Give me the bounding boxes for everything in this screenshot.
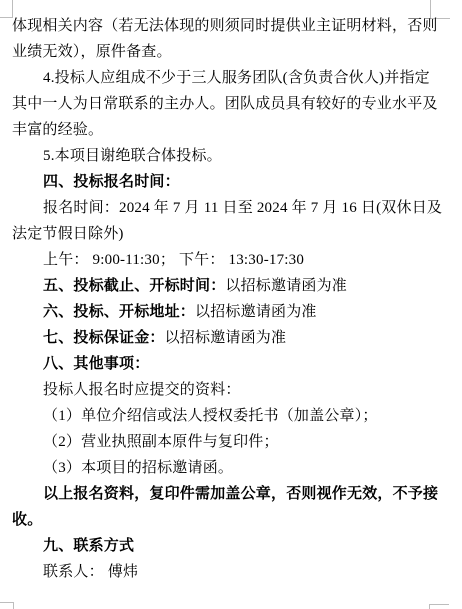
doc-line-item-4-team-end: 丰富的经验。 bbox=[12, 117, 430, 143]
doc-line-item-4-team-continued: 其中一人为日常联系的主办人。团队成员具有较好的专业水平及 bbox=[12, 91, 430, 117]
doc-line-qualification-continued: 体现相关内容（若无法体现的则须同时提供业主证明材料，否则 bbox=[12, 13, 430, 39]
section-heading-5-deadline-opening-time: 五、投标截止、开标时间： bbox=[43, 278, 225, 294]
doc-line-material-3: （3）本项目的招标邀请函。 bbox=[12, 455, 430, 481]
doc-line-material-2: （2）营业执照副本原件与复印件； bbox=[12, 429, 430, 455]
doc-line-registration-dates: 报名时间：2024 年 7 月 11 日至 2024 年 7 月 16 日(双休… bbox=[12, 195, 430, 221]
document-body: 体现相关内容（若无法体现的则须同时提供业主证明材料，否则 业绩无效），原件备查。… bbox=[12, 13, 430, 585]
section-heading-9-contact-info: 九、联系方式 bbox=[12, 533, 430, 559]
doc-line-materials-intro: 投标人报名时应提交的资料： bbox=[12, 377, 430, 403]
doc-line-registration-dates-note: 法定节假日除外) bbox=[12, 221, 430, 247]
heading-7-value: 以招标邀请函为准 bbox=[165, 330, 287, 346]
doc-line-stamp-notice-end: 收。 bbox=[12, 507, 430, 533]
margin-mark-bottom-right bbox=[429, 604, 449, 609]
doc-line-section-7: 七、投标保证金：以招标邀请函为准 bbox=[12, 325, 430, 351]
doc-line-registration-hours: 上午： 9:00-11:30； 下午： 13:30-17:30 bbox=[12, 247, 430, 273]
section-heading-4-registration-time: 四、投标报名时间： bbox=[12, 169, 430, 195]
doc-line-item-5-no-consortium: 5.本项目谢绝联合体投标。 bbox=[12, 143, 430, 169]
doc-line-section-6: 六、投标、开标地址：以招标邀请函为准 bbox=[12, 299, 430, 325]
section-heading-6-bid-opening-address: 六、投标、开标地址： bbox=[43, 304, 195, 320]
margin-mark-top-right bbox=[430, 0, 450, 19]
heading-5-value: 以招标邀请函为准 bbox=[225, 278, 347, 294]
doc-line-contact-person: 联系人： 傅炜 bbox=[12, 559, 430, 585]
section-heading-7-bid-bond: 七、投标保证金： bbox=[43, 330, 165, 346]
heading-6-value: 以招标邀请函为准 bbox=[195, 304, 317, 320]
doc-line-section-5: 五、投标截止、开标时间：以招标邀请函为准 bbox=[12, 273, 430, 299]
document-page: 体现相关内容（若无法体现的则须同时提供业主证明材料，否则 业绩无效），原件备查。… bbox=[0, 0, 462, 609]
doc-line-qualification-end: 业绩无效），原件备查。 bbox=[12, 39, 430, 65]
section-heading-8-other-matters: 八、其他事项： bbox=[12, 351, 430, 377]
doc-line-stamp-notice: 以上报名资料，复印件需加盖公章，否则视作无效，不予接 bbox=[12, 481, 430, 507]
doc-line-item-4-team: 4.投标人应组成不少于三人服务团队(含负责合伙人)并指定 bbox=[12, 65, 430, 91]
margin-mark-bottom-left bbox=[0, 602, 14, 609]
doc-line-material-1: （1）单位介绍信或法人授权委托书（加盖公章）； bbox=[12, 403, 430, 429]
